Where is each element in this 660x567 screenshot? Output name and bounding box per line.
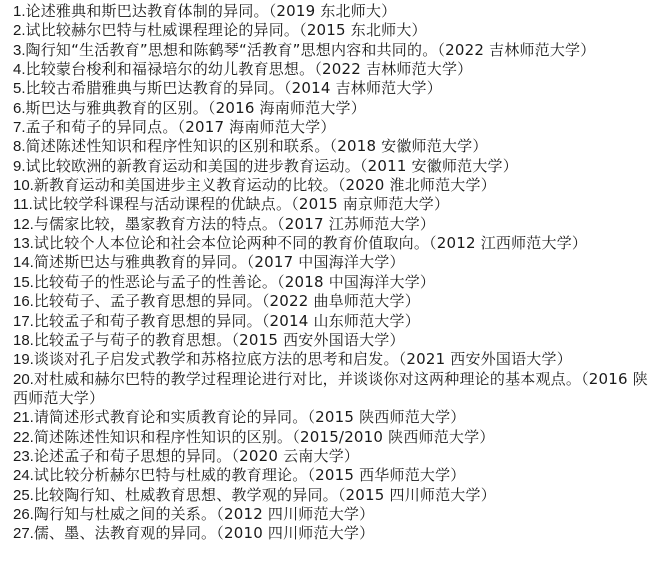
item-text: 比较陶行知、杜威教育思想、教学观的异同。（2015 四川师范大学） — [34, 486, 496, 504]
item-text: 与儒家比较，墨家教育方法的特点。（2017 江苏师范大学） — [34, 215, 435, 233]
item-text: 试比较学科课程与活动课程的优缺点。（2015 南京师范大学） — [33, 195, 449, 213]
list-item: 24.试比较分析赫尔巴特与杜威的教育理论。（2015 西华师范大学） — [13, 466, 658, 485]
item-text: 比较荀子的性恶论与孟子的性善论。（2018 中国海洋大学） — [34, 273, 435, 291]
item-number: 2. — [13, 22, 26, 39]
list-item: 21.请简述形式教育论和实质教育论的异同。（2015 陕西师范大学） — [13, 408, 658, 427]
item-text: 请简述形式教育论和实质教育论的异同。（2015 陕西师范大学） — [34, 408, 466, 426]
item-text: 试比较欧洲的新教育运动和美国的进步教育运动。（2011 安徽师范大学） — [26, 157, 518, 175]
item-text: 儒、墨、法教育观的异同。（2010 四川师范大学） — [34, 524, 374, 542]
item-text: 试比较分析赫尔巴特与杜威的教育理论。（2015 西华师范大学） — [34, 466, 466, 484]
list-item: 14.简述斯巴达与雅典教育的异同。（2017 中国海洋大学） — [13, 253, 658, 272]
item-number: 19. — [13, 351, 34, 368]
item-text: 比较荀子、孟子教育思想的异同。（2022 曲阜师范大学） — [34, 292, 420, 310]
item-text: 比较孟子和荀子教育思想的异同。（2014 山东师范大学） — [34, 312, 420, 330]
item-number: 16. — [13, 293, 34, 310]
list-item: 23.论述孟子和荀子思想的异同。（2020 云南大学） — [13, 447, 658, 466]
list-item: 26.陶行知与杜威之间的关系。（2012 四川师范大学） — [13, 505, 658, 524]
item-number: 26. — [13, 506, 34, 523]
list-item: 25.比较陶行知、杜威教育思想、教学观的异同。（2015 四川师范大学） — [13, 486, 658, 505]
item-text: 简述斯巴达与雅典教育的异同。（2017 中国海洋大学） — [34, 253, 405, 271]
item-text: 新教育运动和美国进步主义教育运动的比较。（2020 淮北师范大学） — [34, 176, 496, 194]
list-item: 18.比较孟子与荀子的教育思想。（2015 西安外国语大学） — [13, 331, 658, 350]
item-number: 23. — [13, 448, 34, 465]
item-text: 对杜威和赫尔巴特的教学过程理论进行对比，并谈谈你对这两种理论的基本观点。（201… — [13, 370, 648, 407]
list-item: 4.比较蒙台梭利和福禄培尔的幼儿教育思想。（2022 吉林师范大学） — [13, 60, 658, 79]
item-text: 斯巴达与雅典教育的区别。（2016 海南师范大学） — [26, 99, 366, 117]
list-item: 19.谈谈对孔子启发式教学和苏格拉底方法的思考和启发。（2021 西安外国语大学… — [13, 350, 658, 369]
item-text: 简述陈述性知识和程序性知识的区别。（2015/2010 陕西师范大学） — [34, 428, 495, 446]
list-item: 22.简述陈述性知识和程序性知识的区别。（2015/2010 陕西师范大学） — [13, 428, 658, 447]
item-number: 13. — [13, 235, 34, 252]
item-number: 4. — [13, 61, 26, 78]
item-text: 比较古希腊雅典与斯巴达教育的异同。（2014 吉林师范大学） — [26, 79, 442, 97]
item-number: 21. — [13, 409, 34, 426]
item-number: 5. — [13, 80, 26, 97]
item-number: 10. — [13, 177, 34, 194]
list-item: 8.简述陈述性知识和程序性知识的区别和联系。（2018 安徽师范大学） — [13, 137, 658, 156]
item-text: 简述陈述性知识和程序性知识的区别和联系。（2018 安徽师范大学） — [26, 137, 488, 155]
item-number: 14. — [13, 254, 34, 271]
item-number: 11. — [13, 196, 33, 213]
list-item: 2.试比较赫尔巴特与杜威课程理论的异同。（2015 东北师大） — [13, 21, 658, 40]
item-number: 20. — [13, 371, 34, 388]
item-text: 比较蒙台梭利和福禄培尔的幼儿教育思想。（2022 吉林师范大学） — [26, 60, 473, 78]
list-item: 3.陶行知“生活教育”思想和陈鹤琴“活教育”思想内容和共同的。（2022 吉林师… — [13, 41, 658, 60]
list-item: 16.比较荀子、孟子教育思想的异同。（2022 曲阜师范大学） — [13, 292, 658, 311]
list-item: 1.论述雅典和斯巴达教育体制的异同。（2019 东北师大） — [13, 2, 658, 21]
item-number: 22. — [13, 429, 34, 446]
item-number: 8. — [13, 138, 26, 155]
list-item: 15.比较荀子的性恶论与孟子的性善论。（2018 中国海洋大学） — [13, 273, 658, 292]
item-number: 27. — [13, 525, 34, 542]
list-item: 5.比较古希腊雅典与斯巴达教育的异同。（2014 吉林师范大学） — [13, 79, 658, 98]
item-text: 陶行知与杜威之间的关系。（2012 四川师范大学） — [34, 505, 374, 523]
list-item: 20.对杜威和赫尔巴特的教学过程理论进行对比，并谈谈你对这两种理论的基本观点。（… — [13, 370, 658, 409]
list-item: 11.试比较学科课程与活动课程的优缺点。（2015 南京师范大学） — [13, 195, 658, 214]
list-item: 27.儒、墨、法教育观的异同。（2010 四川师范大学） — [13, 524, 658, 543]
item-text: 孟子和荀子的异同点。（2017 海南师范大学） — [26, 118, 336, 136]
item-number: 25. — [13, 487, 34, 504]
item-number: 17. — [13, 313, 34, 330]
item-number: 12. — [13, 216, 34, 233]
item-number: 18. — [13, 332, 34, 349]
item-text: 论述雅典和斯巴达教育体制的异同。（2019 东北师大） — [26, 2, 397, 20]
item-text: 比较孟子与荀子的教育思想。（2015 西安外国语大学） — [34, 331, 405, 349]
list-item: 9.试比较欧洲的新教育运动和美国的进步教育运动。（2011 安徽师范大学） — [13, 157, 658, 176]
item-number: 9. — [13, 158, 26, 175]
item-text: 试比较赫尔巴特与杜威课程理论的异同。（2015 东北师大） — [26, 21, 427, 39]
list-item: 10.新教育运动和美国进步主义教育运动的比较。（2020 淮北师范大学） — [13, 176, 658, 195]
list-item: 12.与儒家比较，墨家教育方法的特点。（2017 江苏师范大学） — [13, 215, 658, 234]
item-text: 陶行知“生活教育”思想和陈鹤琴“活教育”思想内容和共同的。（2022 吉林师范大… — [26, 41, 596, 59]
item-number: 7. — [13, 119, 26, 136]
item-text: 论述孟子和荀子思想的异同。（2020 云南大学） — [34, 447, 359, 465]
item-text: 谈谈对孔子启发式教学和苏格拉底方法的思考和启发。（2021 西安外国语大学） — [34, 350, 572, 368]
item-number: 24. — [13, 467, 34, 484]
item-number: 15. — [13, 274, 34, 291]
item-number: 6. — [13, 100, 26, 117]
list-item: 6.斯巴达与雅典教育的区别。（2016 海南师范大学） — [13, 99, 658, 118]
list-item: 13.试比较个人本位论和社会本位论两种不同的教育价值取向。（2012 江西师范大… — [13, 234, 658, 253]
question-list: 1.论述雅典和斯巴达教育体制的异同。（2019 东北师大） 2.试比较赫尔巴特与… — [13, 2, 658, 544]
list-item: 7.孟子和荀子的异同点。（2017 海南师范大学） — [13, 118, 658, 137]
item-text: 试比较个人本位论和社会本位论两种不同的教育价值取向。（2012 江西师范大学） — [34, 234, 587, 252]
item-number: 3. — [13, 42, 26, 59]
item-number: 1. — [13, 3, 26, 20]
list-item: 17.比较孟子和荀子教育思想的异同。（2014 山东师范大学） — [13, 312, 658, 331]
